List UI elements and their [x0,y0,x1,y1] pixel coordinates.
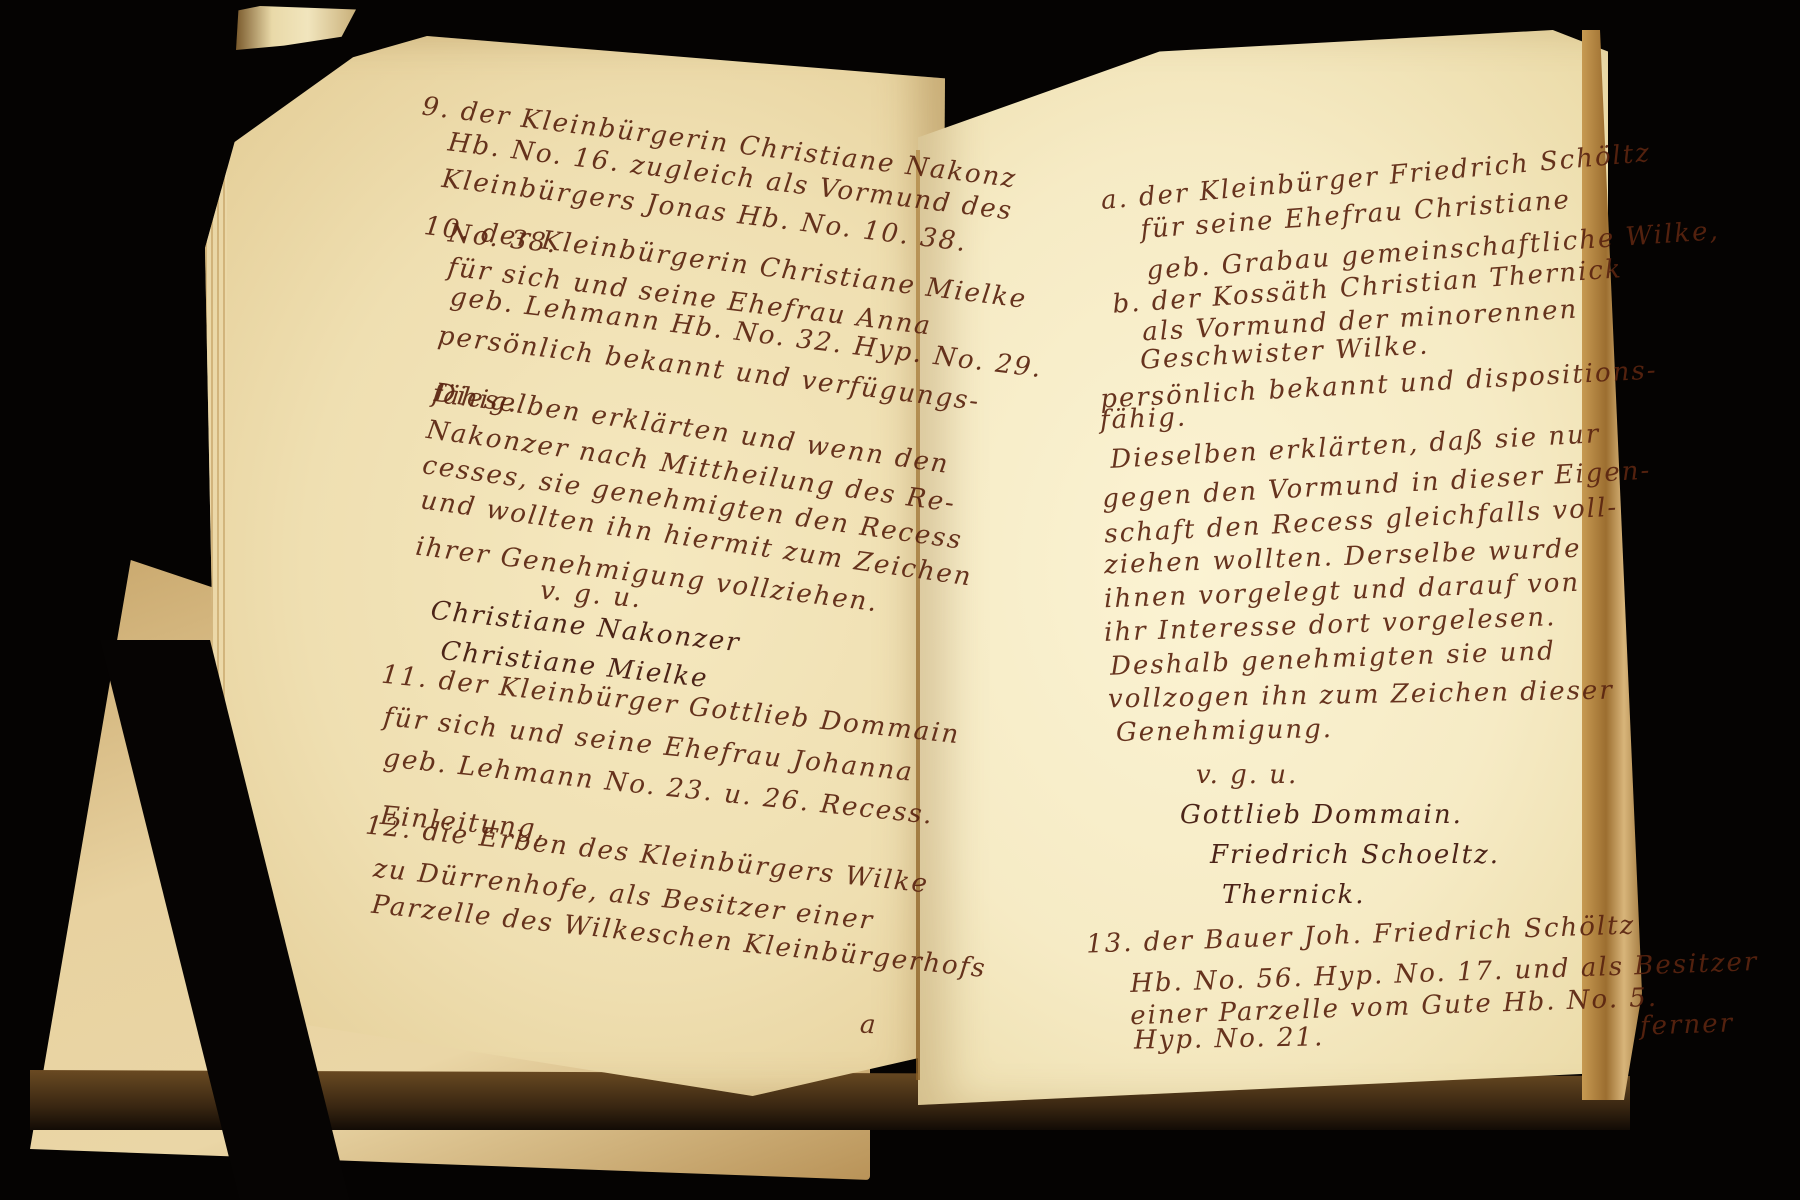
photo-scene: 9. der Kleinbürgerin Christiane Nakonz H… [0,0,1800,1200]
catchword: ferner [1640,1008,1735,1041]
handwritten-line: v. g. u. [1196,760,1298,790]
handwritten-line: Hyp. No. 21. [1134,1022,1325,1055]
signature-line: Friedrich Schoeltz. [1210,840,1500,870]
torn-page-fragment [236,6,356,50]
signature-line: Thernick. [1222,880,1366,910]
catchword: a [859,1009,879,1040]
signature-line: Gottlieb Dommain. [1180,800,1463,830]
handwritten-line: fähig. [1100,402,1188,435]
handwritten-line: Genehmigung. [1116,714,1334,748]
